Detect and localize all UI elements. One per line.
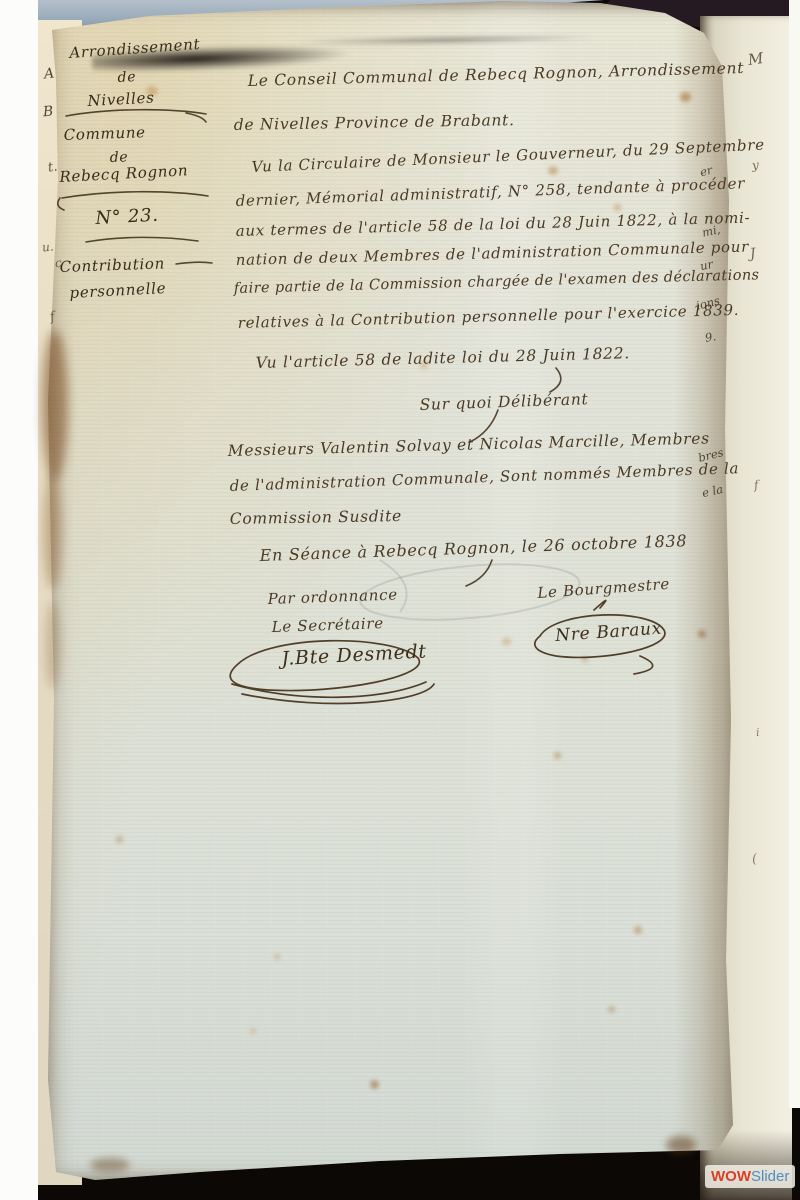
fox-spot (608, 1006, 615, 1013)
fox-spot (614, 204, 621, 211)
fox-spot (370, 1080, 379, 1089)
fox-spot (116, 836, 123, 843)
fox-spot (502, 638, 511, 645)
fox-spot (698, 630, 706, 638)
fox-spot (250, 1028, 256, 1034)
photo-border-right (789, 0, 800, 1108)
margin-nivelles: Nivelles (87, 89, 155, 110)
wowslider-slider-label: Slider (751, 1168, 789, 1185)
fox-spot (554, 752, 561, 759)
fox-spot (582, 656, 588, 662)
gutter-stain (46, 600, 60, 690)
gutter-fragment: u. (41, 239, 54, 254)
margin-de-1: de (117, 69, 136, 86)
gutter-fragment: B (42, 104, 54, 121)
wowslider-wow-label: WOW (711, 1168, 751, 1185)
gutter-stain (42, 330, 68, 480)
margin-commune: Commune (63, 123, 146, 144)
gutter-fragment: t. (47, 159, 58, 175)
gutter-fragment: c (54, 256, 62, 271)
register-photo: Arrondissement de Nivelles Commune de Re… (0, 0, 800, 1200)
photo-border-left (0, 0, 38, 1200)
fox-spot (274, 954, 280, 960)
fold-fragment: 9. (704, 329, 717, 345)
facing-fragment: M (747, 49, 765, 69)
body-line: Commission Susdite (230, 507, 402, 528)
facing-fragment: y (751, 158, 759, 173)
fox-spot (634, 926, 642, 934)
burn-stain (666, 1136, 696, 1154)
gutter-fragment: A (43, 66, 55, 83)
gutter-stain (44, 470, 62, 590)
fox-spot (548, 166, 558, 175)
margin-number: N° 23. (95, 205, 159, 229)
fox-spot (680, 92, 691, 102)
facing-fragment: J (749, 246, 756, 263)
wowslider-watermark[interactable]: WOW Slider (705, 1165, 795, 1188)
burn-stain (90, 1158, 130, 1172)
fold-fragment: ur (699, 257, 715, 273)
margin-contribution: Contribution (59, 254, 165, 276)
